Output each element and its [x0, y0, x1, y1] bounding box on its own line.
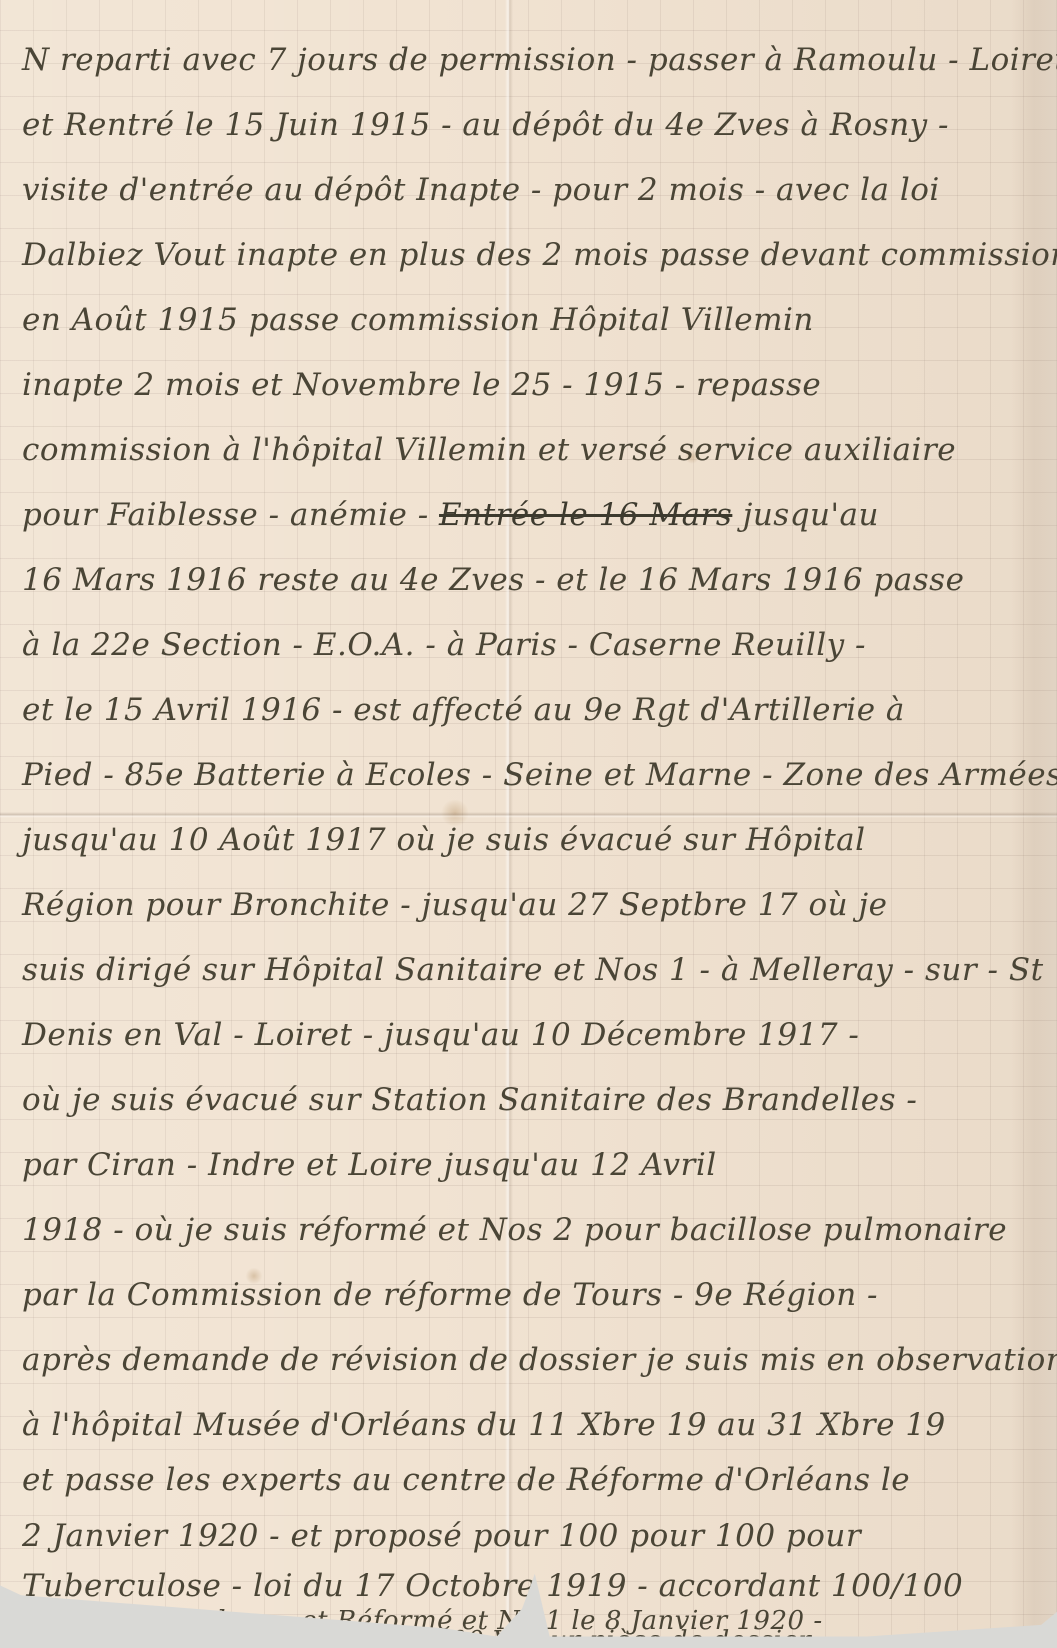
text-line: Dalbiez Vout inapte en plus des 2 mois p…	[22, 237, 1057, 273]
text-line: N reparti avec 7 jours de permission - p…	[22, 42, 1057, 78]
text-line: avec 100 pour 100 Vu sur pièce de dossie…	[230, 1626, 811, 1648]
text-line: en Août 1915 passe commission Hôpital Vi…	[22, 302, 814, 338]
struck-text: Entrée le 16 Mars	[439, 497, 732, 533]
text-line: et Rentré le 15 Juin 1915 - au dépôt du …	[22, 107, 949, 143]
text-line: Région pour Bronchite - jusqu'au 27 Sept…	[22, 887, 887, 923]
text-line: jusqu'au 10 Août 1917 où je suis évacué …	[22, 822, 866, 858]
text-line: à l'hôpital Musée d'Orléans du 11 Xbre 1…	[22, 1407, 946, 1443]
text-line: commission à l'hôpital Villemin et versé…	[22, 432, 956, 468]
text-line: suis dirigé sur Hôpital Sanitaire et Nos…	[22, 952, 1044, 988]
line-text: jusqu'au	[743, 497, 879, 533]
text-line: 1918 - où je suis réformé et Nos 2 pour …	[22, 1212, 1007, 1248]
text-line: visite d'entrée au dépôt Inapte - pour 2…	[22, 172, 940, 208]
text-line: Tuberculose - loi du 17 Octobre 1919 - a…	[22, 1568, 963, 1604]
text-line: 16 Mars 1916 reste au 4e Zves - et le 16…	[22, 562, 964, 598]
letter-paper: N reparti avec 7 jours de permission - p…	[0, 0, 1057, 1648]
text-line: par Ciran - Indre et Loire jusqu'au 12 A…	[22, 1147, 717, 1183]
text-line: pour Faiblesse - anémie - Entrée le 16 M…	[22, 497, 879, 533]
text-line: et le 15 Avril 1916 - est affecté au 9e …	[22, 692, 905, 728]
handwritten-text: N reparti avec 7 jours de permission - p…	[0, 0, 1057, 1648]
text-line: après demande de révision de dossier je …	[22, 1342, 1057, 1378]
text-line: inapte 2 mois et Novembre le 25 - 1915 -…	[22, 367, 821, 403]
text-line: par la Commission de réforme de Tours - …	[22, 1277, 878, 1313]
text-line: Denis en Val - Loiret - jusqu'au 10 Déce…	[22, 1017, 859, 1053]
text-line: et passe les experts au centre de Réform…	[22, 1462, 910, 1498]
line-text: pour Faiblesse - anémie -	[22, 497, 429, 533]
text-line: à la 22e Section - E.O.A. - à Paris - Ca…	[22, 627, 866, 663]
text-line: Pied - 85e Batterie à Ecoles - Seine et …	[22, 757, 1057, 793]
text-line: où je suis évacué sur Station Sanitaire …	[22, 1082, 917, 1118]
text-line: 2 Janvier 1920 - et proposé pour 100 pou…	[22, 1518, 861, 1554]
